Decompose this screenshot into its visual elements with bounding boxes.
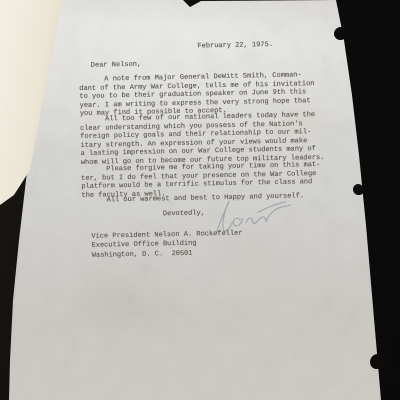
letter-paragraph-2: All too few of our national leaders toda…	[80, 111, 325, 168]
letter-text: February 22, 1975. Dear Nelson, A note f…	[0, 0, 400, 400]
recipient-address-block: Vice President Nelson A. Rockefeller Exe…	[91, 230, 243, 261]
letter-date: February 22, 1975.	[197, 41, 273, 51]
letter-valediction: Devotedly,	[163, 209, 205, 218]
letter-salutation: Dear Nelson,	[91, 61, 142, 71]
photo-of-typed-letter: February 22, 1975. Dear Nelson, A note f…	[0, 0, 400, 400]
